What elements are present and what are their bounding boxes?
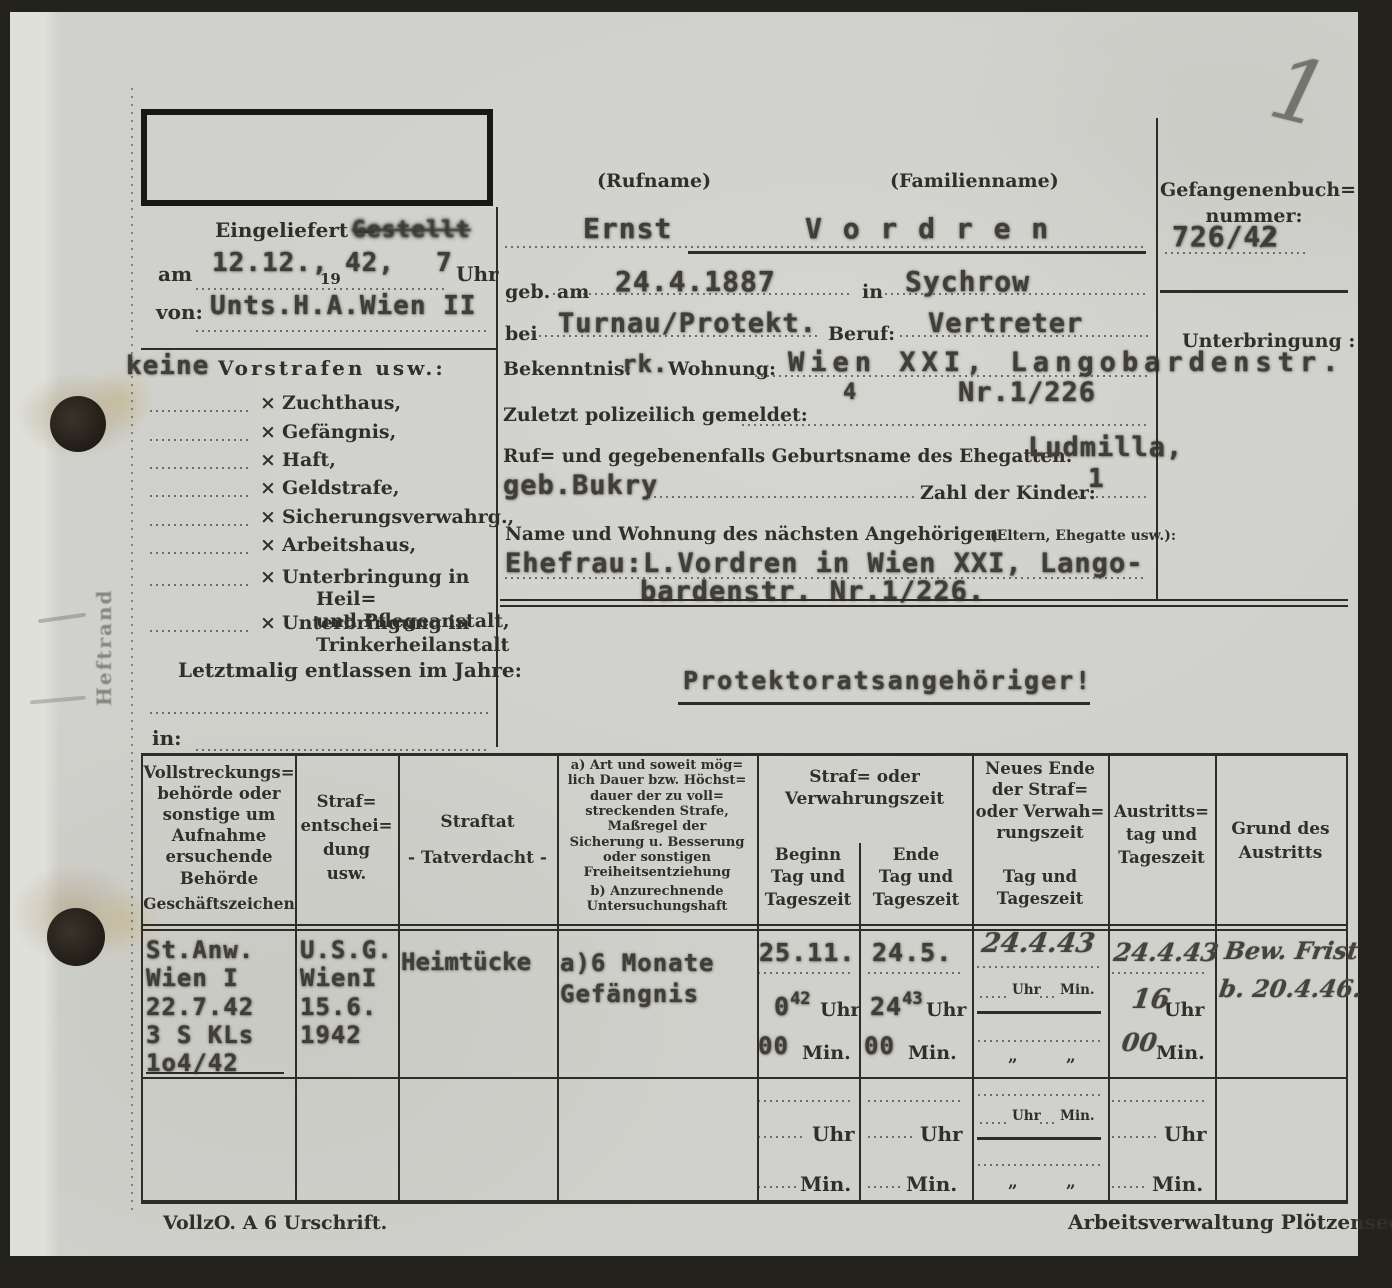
ehegatte-label: Ruf= und gegebenenfalls Geburtsname des …	[503, 446, 1072, 467]
min-label: Min.	[1156, 1042, 1205, 1064]
dotted-line	[1040, 996, 1058, 998]
table-bottom-border	[141, 1200, 1348, 1204]
geb-am-label: geb. am	[505, 281, 589, 303]
wohnung-stray-mark: 4	[843, 380, 857, 405]
vorstrafen-item: Sicherungsverwahrg.,	[282, 506, 514, 528]
footer-authority: Arbeitsverwaltung Plötzensee.	[1068, 1210, 1392, 1234]
cross-mark: ×	[260, 612, 276, 634]
dotted-line	[533, 335, 821, 337]
column-divider	[1156, 118, 1158, 600]
vorstrafen-item: Zuchthaus,	[282, 392, 401, 414]
dotted-line	[150, 467, 252, 469]
ditto-mark: „	[1066, 1172, 1076, 1192]
vorstrafen-item: Arbeitshaus,	[282, 534, 416, 556]
punch-hole	[47, 908, 105, 966]
paper-left-edge	[8, 10, 60, 1260]
keine-value: keine	[126, 351, 209, 381]
dotted-line	[150, 630, 252, 632]
dotted-line	[150, 410, 252, 412]
header-grund: Grund des Austritts	[1215, 818, 1346, 866]
dotted-line	[868, 1100, 964, 1102]
cell-austritt-min-handwritten: 00	[1120, 1028, 1159, 1057]
header-vollstreckungsbehoerde: Vollstreckungs= behörde oder sonstige um…	[143, 762, 295, 889]
cell-entscheidung: U.S.G. WienI 15.6. 1942	[300, 936, 393, 1049]
kinder-value: 1	[1088, 464, 1105, 494]
von-label: von:	[156, 300, 203, 324]
photo-stamp-box	[141, 109, 493, 206]
table-top-border	[141, 753, 1348, 756]
vorstrafen-item: Gefängnis,	[282, 421, 396, 443]
header-tatverdacht: - Tatverdacht -	[398, 848, 557, 868]
kinder-label: Zahl der Kinder:	[920, 482, 1096, 504]
ende-hour-year-sup: 43	[902, 989, 922, 1009]
protektorat-note: Protektoratsangehöriger!	[683, 666, 1092, 695]
in-label: in	[862, 281, 883, 303]
dotted-line	[196, 288, 448, 290]
table-header-rule-2	[141, 929, 1348, 931]
dotted-line	[150, 439, 252, 441]
ditto-mark: „	[1008, 1172, 1018, 1192]
cell-behoerde-underline	[146, 1072, 284, 1074]
dotted-line	[742, 424, 1147, 426]
angehoerige-value-line2: bardenstr. Nr.1/226.	[640, 576, 985, 607]
beginn-hour-value: 0	[774, 992, 790, 1021]
uhr-label: Uhr	[926, 999, 966, 1021]
dotted-line	[196, 749, 488, 751]
dotted-line	[553, 293, 853, 295]
dotted-line	[868, 972, 964, 974]
dotted-line	[1040, 1122, 1058, 1124]
scanned-document: Heftrand 1 Eingeliefert — Gestellt am 12…	[0, 0, 1392, 1288]
dotted-line	[978, 1094, 1100, 1096]
min-label: Min.	[908, 1042, 957, 1064]
rufname-value: Ernst	[583, 212, 672, 245]
header-neues-ende-tageszeit: Tag und Tageszeit	[972, 866, 1108, 911]
table-col-divider	[757, 753, 759, 1202]
dotted-line	[758, 972, 854, 974]
cross-mark: ×	[260, 421, 276, 443]
min-label: Min.	[1060, 1108, 1095, 1124]
header-straftat: Straftat	[398, 812, 557, 832]
header-austritt: Austritts= tag und Tageszeit	[1108, 800, 1215, 869]
dotted-line	[1112, 1100, 1208, 1102]
bei-label: bei	[505, 323, 538, 345]
table-header-rule-1	[141, 924, 1348, 926]
beruf-label: Beruf:	[828, 323, 895, 345]
min-label: Min.	[802, 1042, 851, 1064]
dotted-line	[150, 524, 252, 526]
uhr-label: Uhr	[820, 999, 860, 1021]
familienname-value: V o r d r e n	[805, 212, 1050, 245]
admission-hour-value: 7	[436, 248, 453, 278]
dotted-line	[1112, 1136, 1156, 1138]
cell-neues-ende-handwritten: 24.4.43	[980, 928, 1097, 959]
perforation-dotted-line	[131, 88, 133, 1210]
min-label: Min.	[906, 1172, 957, 1196]
punch-hole	[50, 396, 106, 452]
scan-edge-left	[0, 0, 10, 1288]
cell-grund-handwritten: Bew. Frist b. 20.4.46.	[1217, 932, 1370, 1009]
ehegatte-name-value: Ludmilla,	[1028, 432, 1183, 463]
am-label: am	[158, 262, 192, 286]
cell-straftat: Heimtücke	[401, 948, 531, 976]
angehoerige-value-line1: Ehefrau:L.Vordren in Wien XXI, Lango-	[505, 548, 1143, 579]
dotted-line	[977, 966, 1101, 968]
cross-mark: ×	[260, 534, 276, 556]
scan-edge-bottom	[0, 1256, 1392, 1288]
cross-mark: ×	[260, 566, 276, 588]
footer-form-id: VollzO. A 6 Urschrift.	[163, 1212, 387, 1234]
header-verwahrungszeit: Straf= oder Verwahrungszeit	[757, 766, 972, 810]
cross-mark: ×	[260, 449, 276, 471]
wohnung-value-line2: Nr.1/226	[958, 377, 1096, 408]
name-underline	[688, 251, 1146, 254]
dotted-line	[150, 552, 252, 554]
dotted-line	[980, 1122, 1008, 1124]
dotted-line	[1112, 972, 1208, 974]
unterbringung-label: Unterbringung :	[1182, 330, 1355, 352]
dotted-line	[758, 1100, 854, 1102]
header-neues-ende: Neues Ende der Straf= oder Verwah= rungs…	[972, 758, 1108, 844]
cell-ende-date: 24.5.	[872, 938, 952, 967]
header-strafdauer-b: b) Anzurechnende Untersuchungshaft	[557, 884, 757, 915]
beginn-hour-year-sup: 42	[790, 989, 810, 1009]
uhr-label: Uhr	[1164, 999, 1204, 1021]
cell-solid-line	[977, 1137, 1101, 1140]
cross-mark: ×	[260, 477, 276, 499]
bekenntnis-value: rk.	[622, 350, 668, 378]
angehoerige-label: Name und Wohnung des nächsten Angehörige…	[505, 524, 998, 545]
uhr-label: Uhr	[812, 1122, 855, 1146]
double-rule-bottom	[500, 605, 1348, 607]
header-strafentscheidung: Straf= entschei= dung usw.	[295, 790, 398, 886]
column-divider	[496, 207, 498, 747]
von-value: Unts.H.A.Wien II	[210, 291, 476, 321]
uhr-label: Uhr	[1012, 982, 1041, 998]
familienname-label: (Familienname)	[890, 170, 1059, 192]
section-divider	[1160, 290, 1348, 293]
table-row-divider	[141, 1077, 1348, 1079]
admission-date-value: 12.12.,	[212, 248, 329, 278]
vorstrafen-heading: Vorstrafen usw.:	[218, 356, 446, 380]
double-rule-top	[500, 599, 1348, 601]
dotted-line	[885, 293, 1147, 295]
rufname-label: (Rufname)	[597, 170, 711, 192]
angehoerige-label-small: (Eltern, Ehegatte usw.):	[990, 528, 1176, 544]
scan-edge-right	[1358, 0, 1392, 1288]
ditto-mark: „	[1008, 1046, 1018, 1066]
uhr-label: Uhr	[920, 1122, 963, 1146]
scan-edge-top	[0, 0, 1392, 12]
dotted-line	[980, 996, 1008, 998]
dotted-line	[1165, 252, 1305, 254]
dotted-line	[505, 246, 1145, 248]
section-divider	[141, 348, 497, 350]
header-strafdauer-a: a) Art und soweit mög= lich Dauer bzw. H…	[557, 758, 757, 881]
bekenntnis-label: Bekenntnis:	[503, 358, 632, 380]
dotted-line	[978, 1040, 1100, 1042]
admission-year-value: 42,	[345, 248, 395, 278]
dotted-line	[150, 495, 252, 497]
cell-ende-min: 00	[864, 1032, 895, 1060]
cell-ende-hour: 2443	[870, 992, 923, 1021]
cell-beginn-min: 00	[758, 1032, 789, 1060]
dotted-line	[1112, 1186, 1146, 1188]
dotted-line	[900, 335, 1148, 337]
min-label: Min.	[1060, 982, 1095, 998]
vorstrafen-item: Haft,	[282, 449, 336, 471]
cell-solid-line	[977, 1011, 1101, 1014]
min-label: Min.	[1152, 1172, 1203, 1196]
uhr-label: Uhr	[1012, 1108, 1041, 1124]
heftrand-margin-label: Heftrand	[92, 576, 116, 706]
dotted-line	[758, 1136, 802, 1138]
dotted-line	[150, 584, 252, 586]
min-label: Min.	[800, 1172, 851, 1196]
protektorat-underline	[678, 702, 1090, 705]
cell-beginn-hour: 042	[774, 992, 811, 1021]
uhr-label: Uhr	[1164, 1122, 1207, 1146]
header-ende: Ende Tag und Tageszeit	[860, 844, 972, 911]
dotted-line	[648, 496, 916, 498]
cell-strafe: a)6 Monate Gefängnis	[560, 948, 715, 1010]
dotted-line	[196, 330, 490, 332]
ehegatte-birthname-value: geb.Bukry	[503, 470, 658, 501]
dotted-line	[150, 712, 490, 714]
ende-hour-value: 24	[870, 992, 902, 1021]
dotted-line	[1078, 496, 1146, 498]
cell-behoerde: St.Anw. Wien I 22.7.42 3 S KLs 1o4/42	[146, 936, 254, 1078]
header-geschaeftszeichen: Geschäftszeichen	[139, 894, 299, 913]
in-label: in:	[152, 726, 182, 750]
dotted-line	[868, 1186, 902, 1188]
cross-mark: ×	[260, 506, 276, 528]
year-prefix-label: 19	[320, 270, 341, 288]
vorstrafen-item: Geldstrafe,	[282, 477, 400, 499]
ditto-mark: „	[1066, 1046, 1076, 1066]
gemeldet-label: Zuletzt polizeilich gemeldet:	[503, 404, 808, 426]
cross-mark: ×	[260, 392, 276, 414]
cell-beginn-date: 25.11.	[759, 938, 855, 967]
dotted-line	[978, 1164, 1100, 1166]
cell-austritt-date-handwritten: 24.4.43	[1112, 938, 1220, 967]
uhr-label: Uhr	[456, 262, 499, 286]
released-label: Letztmalig entlassen im Jahre:	[178, 658, 522, 682]
dotted-line	[758, 1186, 796, 1188]
gestellt-struck-label: Gestellt	[352, 217, 471, 243]
dotted-line	[868, 1136, 912, 1138]
header-beginn: Beginn Tag und Tageszeit	[757, 844, 859, 911]
